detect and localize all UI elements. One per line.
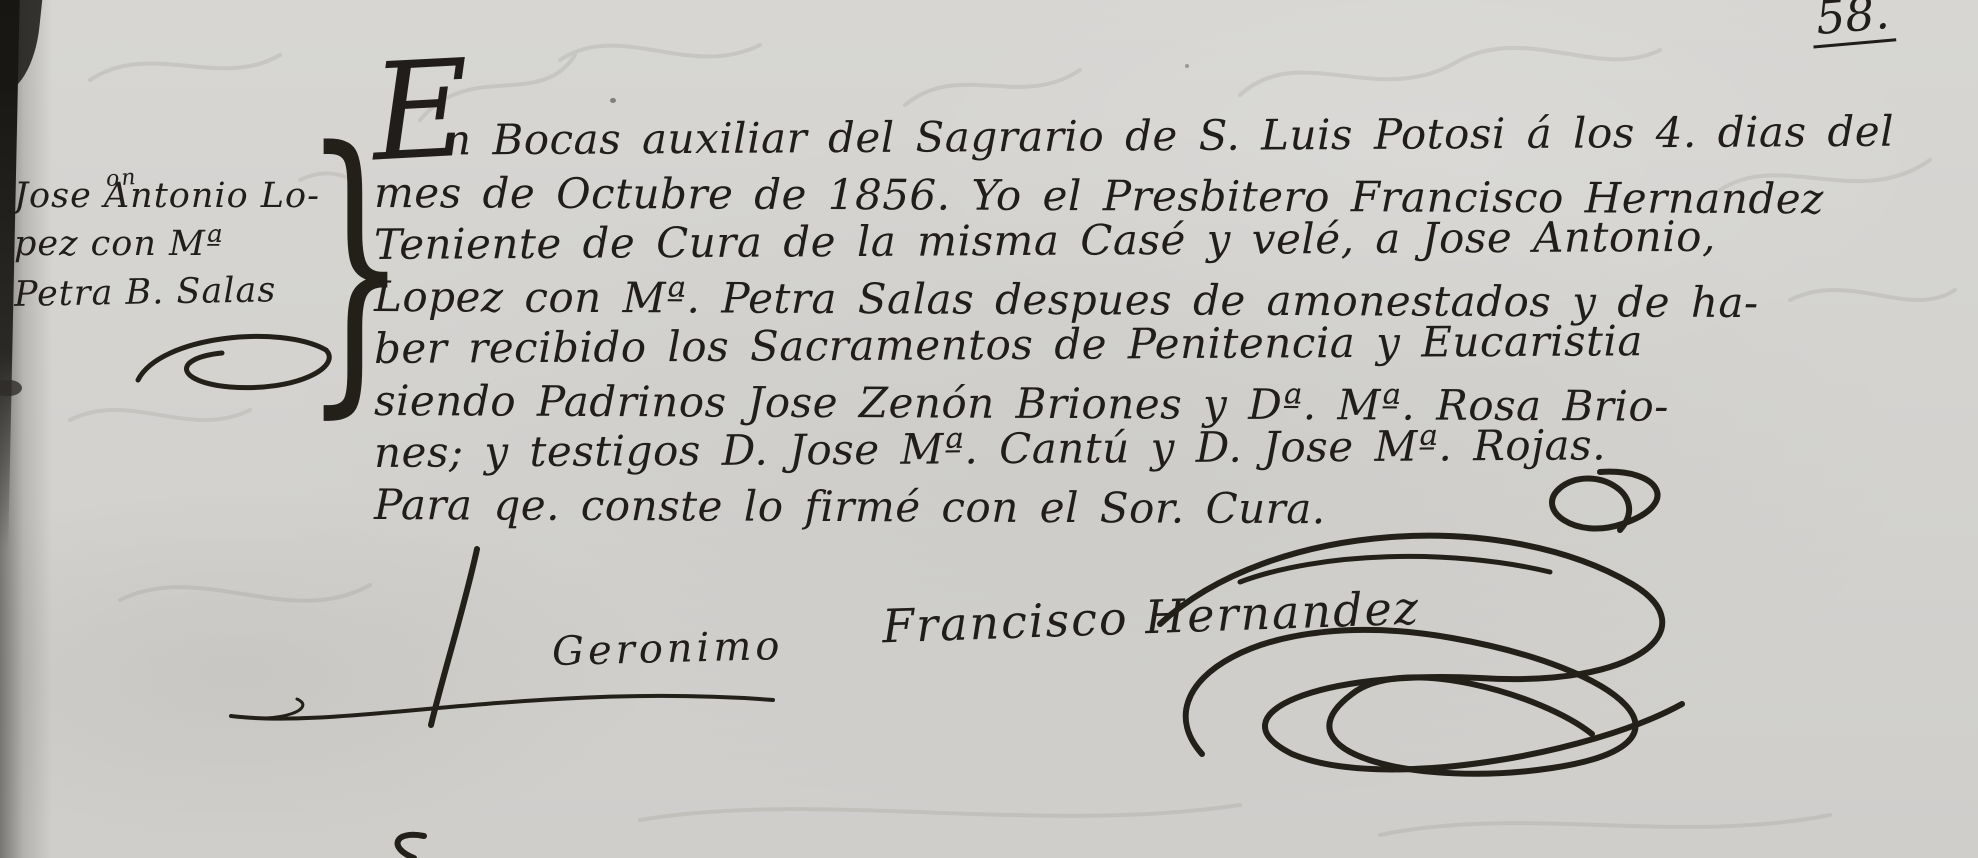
record-line: Para qe. conste lo firmé con el Sor. Cur… <box>366 480 1966 539</box>
page-number: 58. <box>1809 0 1897 49</box>
priest-signature: Francisco Hernandez <box>881 581 1421 654</box>
next-entry-mark <box>368 828 448 858</box>
manuscript-page: 58. on Jose Antonio Lo- pez con Mª Petra… <box>0 0 1978 858</box>
record-line: n Bocas auxiliar del Sagrario de S. Luis… <box>366 106 1966 168</box>
margin-note: on Jose Antonio Lo- pez con Mª Petra B. … <box>14 172 344 316</box>
record-line: Teniente de Cura de la misma Casé y velé… <box>366 210 1966 272</box>
margin-note-line: pez con Mª <box>14 220 344 268</box>
margin-note-line: Jose Antonio Lo- <box>14 172 344 220</box>
ink-speck <box>610 98 616 103</box>
pen-descender-stroke <box>425 545 485 730</box>
ink-speck <box>700 132 705 136</box>
margin-note-superscript: on <box>105 165 138 192</box>
record-text: n Bocas auxiliar del Sagrario de S. Luis… <box>366 116 1966 532</box>
record-line: ber recibido los Sacramentos de Penitenc… <box>366 314 1966 376</box>
ink-speck <box>1185 64 1189 68</box>
witness-signature-flourish <box>225 686 785 731</box>
margin-note-line: Petra B. Salas <box>14 265 345 319</box>
witness-signature: Geronimo <box>551 623 784 675</box>
record-line: nes; y testigos D. Jose Mª. Cantú y D. J… <box>366 418 1966 480</box>
